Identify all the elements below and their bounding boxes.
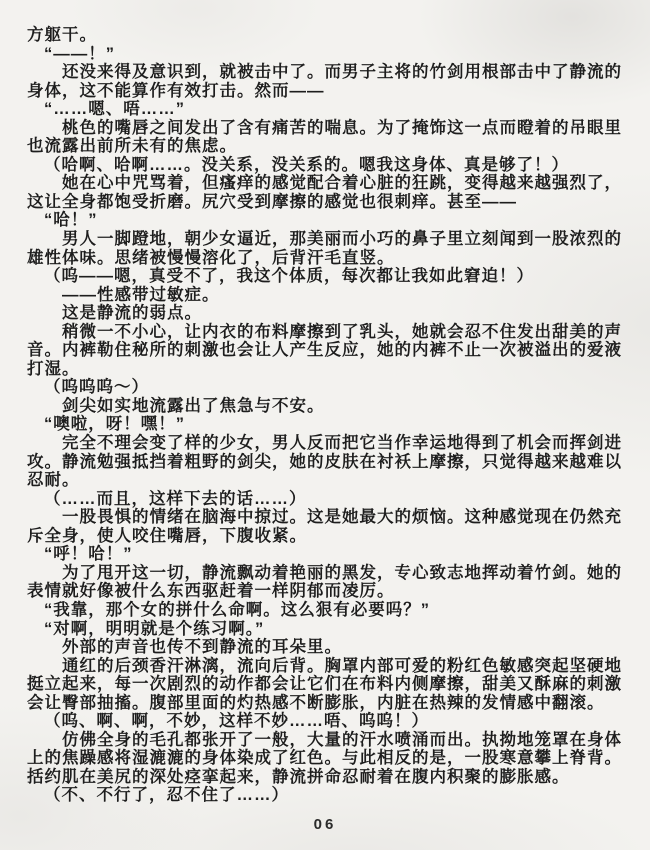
text-line: 方躯干。 <box>27 26 623 45</box>
text-line: 这是静流的弱点。 <box>27 304 623 323</box>
text-line: “哈！” <box>27 211 623 230</box>
text-line: （呜呜呜～） <box>27 378 623 397</box>
text-line: （……而且，这样下去的话……） <box>27 490 623 509</box>
text-line: 雄性体味。思绪被慢慢溶化了，后背汗毛直竖。 <box>27 249 623 268</box>
text-line: 还没来得及意识到，就被击中了。而男子主将的竹剑用根部击中了静流的 <box>27 63 623 82</box>
text-line: 表情就好像被什么东西驱赶着一样阴郁而凌厉。 <box>27 582 623 601</box>
text-line: 完全不理会变了样的少女，男人反而把它当作幸运地得到了机会而挥剑进 <box>27 434 623 453</box>
text-line: 攻。静流勉强抵挡着粗野的剑尖，她的皮肤在衬袄上摩擦，只觉得越来越难以 <box>27 453 623 472</box>
text-line: （呜、啊、啊，不妙，这样不妙……唔、呜呜！） <box>27 712 623 731</box>
text-line: “噢啦，呀！嘿！” <box>27 415 623 434</box>
text-line: “对啊，明明就是个练习啊。” <box>27 620 623 639</box>
scanned-book-page: 方躯干。“——！”还没来得及意识到，就被击中了。而男子主将的竹剑用根部击中了静流… <box>0 0 650 850</box>
text-line: 也流露出前所未有的焦虑。 <box>27 137 623 156</box>
text-line: 稍微一不小心，让内衣的布料摩擦到了乳头，她就会忍不住发出甜美的声 <box>27 323 623 342</box>
text-line: 通红的后颈香汗淋漓，流向后背。胸罩内部可爱的粉红色敏感突起坚硬地 <box>27 657 623 676</box>
text-line: “……嗯、唔……” <box>27 100 623 119</box>
text-line: 打湿。 <box>27 360 623 379</box>
text-line: 这让全身都饱受折磨。尻穴受到摩擦的感觉也很刺痒。甚至—— <box>27 193 623 212</box>
text-line: 外部的声音也传不到静流的耳朵里。 <box>27 638 623 657</box>
text-line: （哈啊、哈啊……。没关系，没关系的。嗯我这身体、真是够了！） <box>27 156 623 175</box>
text-line: 男人一脚蹬地，朝少女逼近，那美丽而小巧的鼻子里立刻闻到一股浓烈的 <box>27 230 623 249</box>
text-line: 她在心中咒骂着，但瘙痒的感觉配合着心脏的狂跳，变得越来越强烈了， <box>27 174 623 193</box>
text-line: 忍耐。 <box>27 471 623 490</box>
text-line: 音。内裤勒住秘所的刺激也会让人产生反应，她的内裤不止一次被溢出的爱液 <box>27 341 623 360</box>
text-line: 一股畏惧的情绪在脑海中掠过。这是她最大的烦恼。这种感觉现在仍然充 <box>27 508 623 527</box>
text-line: 挺立起来，每一次剧烈的动作都会让它们在布料内侧摩擦，甜美又酥麻的刺激 <box>27 675 623 694</box>
text-line: （呜——嗯，真受不了，我这个体质，每次都让我如此窘迫！） <box>27 267 623 286</box>
text-line: 桃色的嘴唇之间发出了含有痛苦的喘息。为了掩饰这一点而瞪着的吊眼里 <box>27 119 623 138</box>
page-number: 06 <box>0 814 650 836</box>
text-line: 为了甩开这一切，静流飘动着艳丽的黑发，专心致志地挥动着竹剑。她的 <box>27 564 623 583</box>
text-line: 剑尖如实地流露出了焦急与不安。 <box>27 397 623 416</box>
text-body: 方躯干。“——！”还没来得及意识到，就被击中了。而男子主将的竹剑用根部击中了静流… <box>27 26 623 805</box>
text-line: “呼！哈！” <box>27 545 623 564</box>
text-line: 仿佛全身的毛孔都张开了一般，大量的汗水喷涌而出。执拗地笼罩在身体 <box>27 731 623 750</box>
text-line: 斥全身，使人咬住嘴唇，下腹收紧。 <box>27 527 623 546</box>
text-line: 会让臀部抽搐。腹部里面的灼热感不断膨胀，内脏在热辣的发情感中翻滚。 <box>27 694 623 713</box>
text-line: 身体，这不能算作有效打击。然而—— <box>27 82 623 101</box>
text-line: （不、不行了，忍不住了……） <box>27 786 623 805</box>
text-line: 上的焦躁感将湿漉漉的身体染成了红色。与此相反的是，一股寒意攀上脊背。 <box>27 749 623 768</box>
text-line: “——！” <box>27 45 623 64</box>
text-line: 括约肌在美尻的深处痉挛起来，静流拼命忍耐着在腹内积聚的膨胀感。 <box>27 768 623 787</box>
text-line: ——性感带过敏症。 <box>27 286 623 305</box>
text-line: “我靠，那个女的拼什么命啊。这么狠有必要吗？” <box>27 601 623 620</box>
